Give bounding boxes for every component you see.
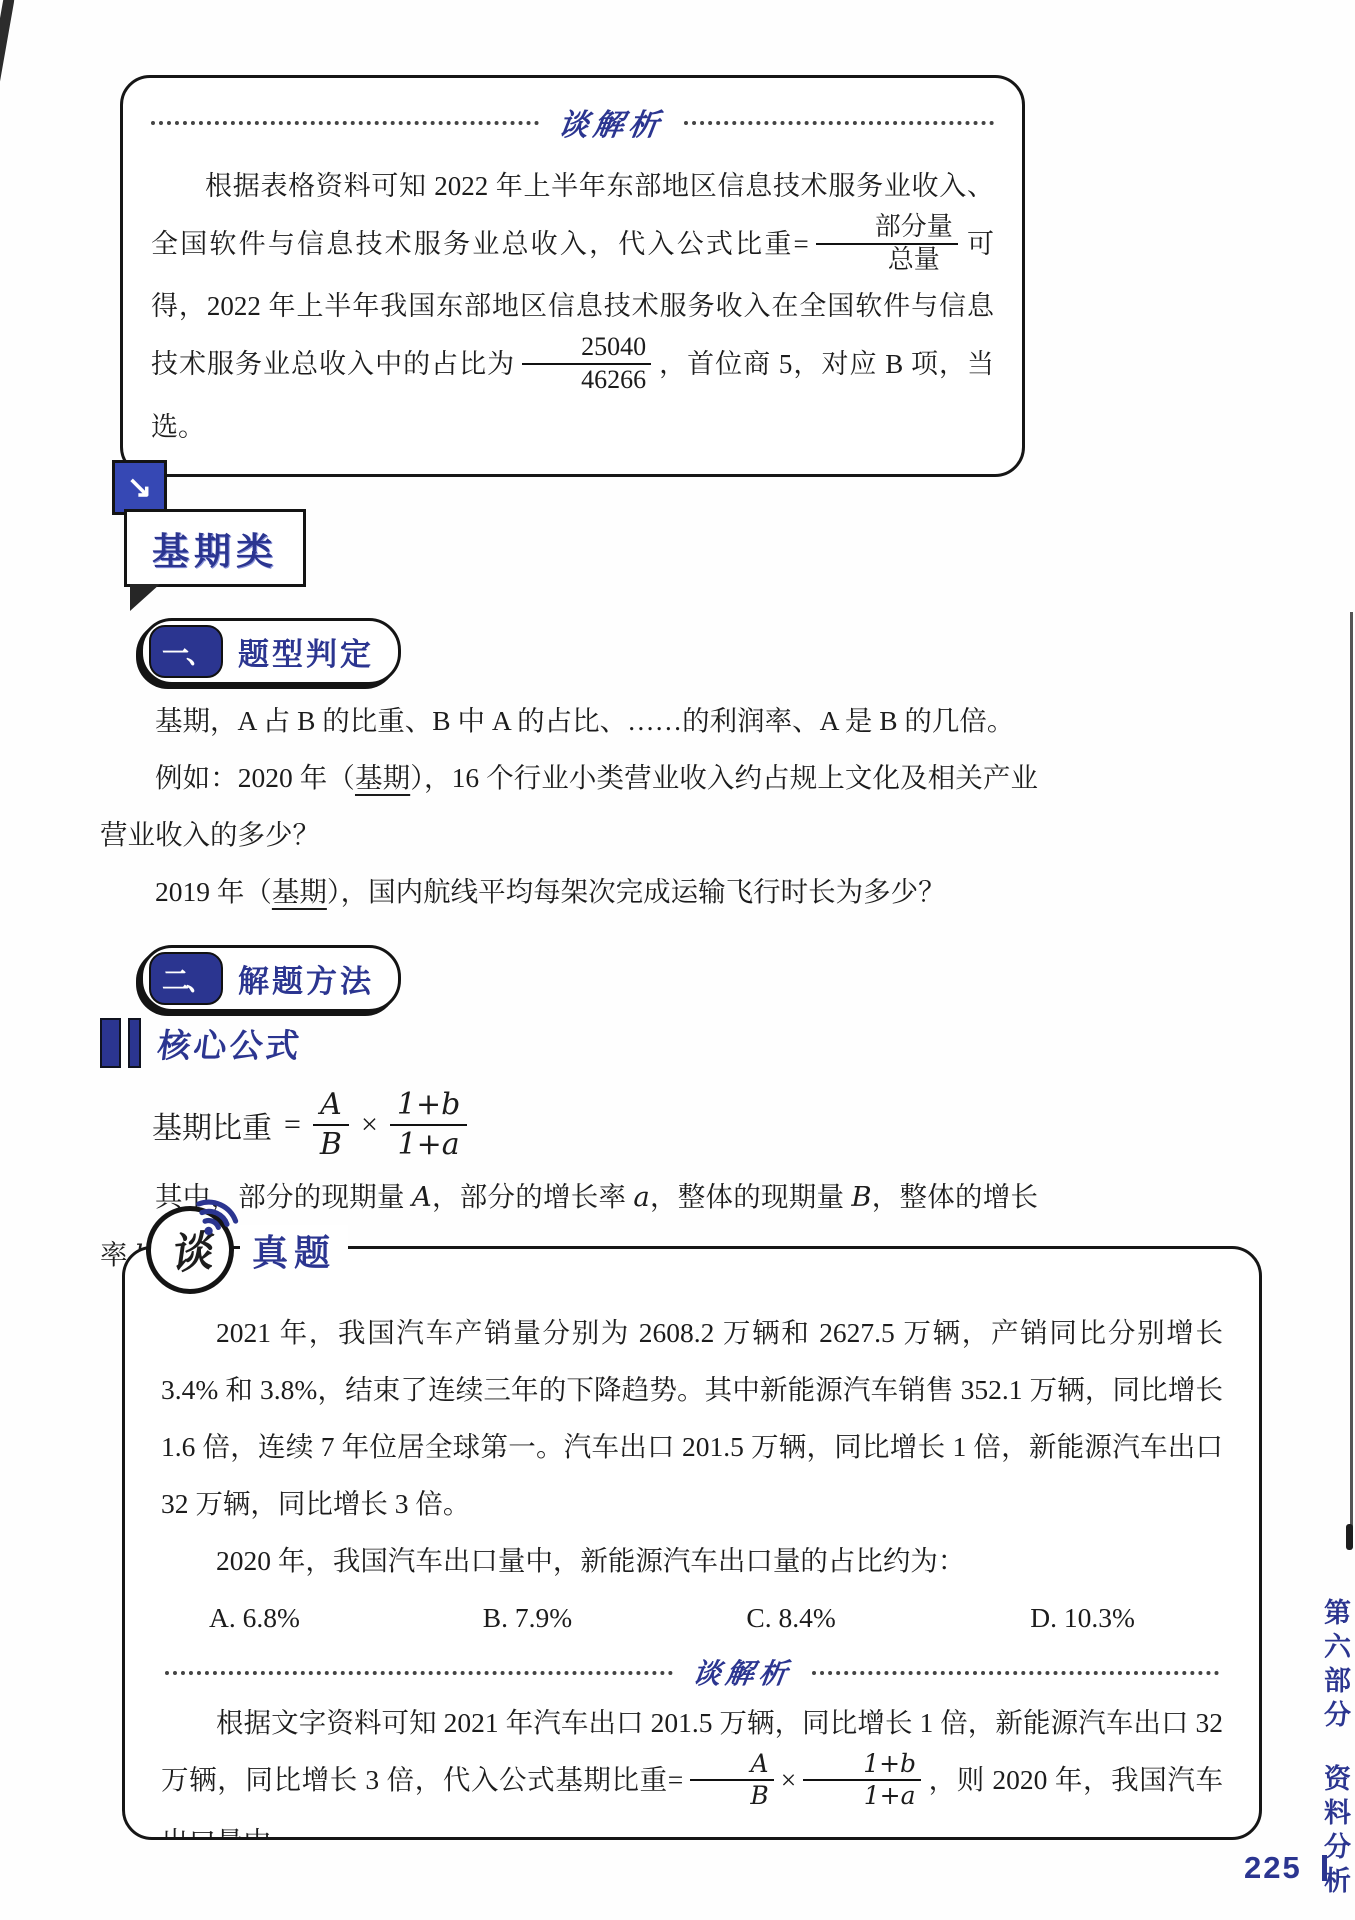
core-formula-heading: 核心公式 — [100, 1018, 302, 1068]
example-text: 2019 年（ — [155, 876, 272, 907]
solution-divider: 谈解析 — [165, 1652, 1219, 1692]
page-number-bar — [1322, 1855, 1327, 1881]
dotted-divider-left — [151, 121, 539, 125]
variable-B: B — [851, 1181, 871, 1213]
page-number: 225 — [1244, 1850, 1327, 1886]
fraction-25040-46266: 2504046266 — [522, 332, 651, 395]
arrow-glyph: ↘ — [127, 470, 152, 505]
solution-divider-label: 谈解析 — [691, 1652, 796, 1692]
textbook-page: 谈解析 根据表格资料可知 2022 年上半年东部地区信息技术服务业收入、全国软件… — [0, 0, 1355, 1920]
example-2020-paragraph: 例如：2020 年（基期），16 个行业小类营业收入约占规上文化及相关产业营业收… — [100, 749, 1038, 863]
fraction-growth: 1+b1+a — [390, 1086, 467, 1163]
exam-solution-paragraph: 根据文字资料可知 2021 年汽车出口 201.5 万辆，同比增长 1 倍，新能… — [161, 1694, 1223, 1840]
solution-formula-lhs: 基期比重 — [555, 1764, 667, 1795]
definition-paragraph: 基期，A 占 B 的比重、B 中 A 的占比、……的利润率、A 是 B 的几倍。 — [100, 692, 1038, 749]
fraction-denominator: 46266 — [522, 365, 651, 396]
dotted-divider-left — [165, 1671, 673, 1675]
analysis-header-text: 谈解析 — [556, 109, 666, 142]
fraction-part-over-total: 部分量总量 — [816, 212, 958, 275]
option-a: A. 6.8% — [209, 1589, 483, 1646]
analysis-header: 谈解析 — [151, 100, 994, 144]
arrow-down-right-icon: ↘ — [112, 460, 167, 515]
formula-lhs: 基期比重 — [152, 1103, 272, 1147]
scan-artifact-page-edge — [1350, 612, 1353, 1547]
section-number: 一、 — [149, 625, 223, 678]
dotted-divider-right — [684, 121, 994, 125]
answer-options: A. 6.8% B. 7.9% C. 8.4% D. 10.3% — [161, 1589, 1223, 1646]
exam-content: 2021 年，我国汽车产销量分别为 2608.2 万辆和 2627.5 万辆，产… — [125, 1249, 1259, 1840]
equals-sign: = — [284, 1108, 301, 1142]
section-title: 题型判定 — [238, 629, 374, 674]
core-formula-title: 核心公式 — [155, 1020, 305, 1067]
underlined-term: 基期 — [355, 762, 410, 793]
fraction-a-over-b: AB — [313, 1086, 349, 1163]
section1-body: 基期，A 占 B 的比重、B 中 A 的占比、……的利润率、A 是 B 的几倍。… — [100, 692, 1038, 920]
fraction-numerator: 部分量 — [816, 212, 958, 245]
option-d: D. 10.3% — [1030, 1589, 1223, 1646]
base-period-formula: 基期比重 = AB × 1+b1+a — [152, 1086, 467, 1163]
section-badge-solving-method: 二、 解题方法 — [140, 945, 401, 1012]
tan-circle-icon: 谈 — [142, 1202, 239, 1299]
note-text: ，部分的增长率 — [432, 1181, 634, 1212]
exam-box-title: 真题 — [240, 1225, 348, 1276]
fraction-numerator: 25040 — [522, 332, 651, 365]
analysis-header-label: 谈解析 — [556, 100, 667, 144]
variable-A: A — [412, 1181, 432, 1213]
page-number-value: 225 — [1244, 1850, 1302, 1886]
example-text: 例如：2020 年（ — [155, 762, 355, 793]
fraction-denominator: 总量 — [829, 245, 945, 276]
chapter-title: 基期类 — [124, 509, 306, 587]
solution-divider-text: 谈解析 — [691, 1659, 794, 1690]
sidebar-part: 第六部分 — [1320, 1598, 1350, 1734]
exam-box-header: 谈 真题 — [146, 1206, 348, 1294]
double-bar-icon — [100, 1018, 141, 1068]
variable-a: a — [633, 1181, 649, 1213]
example-text: ），国内航线平均每架次完成运输飞行时长为多少？ — [327, 876, 946, 907]
exam-stimulus-paragraph: 2021 年，我国汽车产销量分别为 2608.2 万辆和 2627.5 万辆，产… — [161, 1304, 1223, 1532]
section-number: 二、 — [149, 952, 223, 1005]
analysis-paragraph: 根据表格资料可知 2022 年上半年东部地区信息技术服务业收入、全国软件与信息技… — [151, 158, 994, 456]
option-b: B. 7.9% — [483, 1589, 747, 1646]
scan-artifact-corner — [0, 0, 16, 106]
banner-tail — [130, 584, 160, 611]
note-text: ，整体的现期量 — [650, 1181, 852, 1212]
section-badge-question-type: 一、 题型判定 — [140, 618, 401, 685]
times-sign: × — [361, 1108, 378, 1142]
fraction-a-over-b: AB — [690, 1749, 773, 1810]
fraction-growth: 1+b1+a — [803, 1749, 921, 1810]
section-title: 解题方法 — [238, 956, 374, 1001]
scan-artifact-blob — [1346, 1524, 1353, 1550]
exam-question-box: 2021 年，我国汽车产销量分别为 2608.2 万辆和 2627.5 万辆，产… — [122, 1246, 1262, 1840]
option-c: C. 8.4% — [746, 1589, 1030, 1646]
underlined-term: 基期 — [272, 876, 327, 907]
exam-question: 2020 年，我国汽车出口量中，新能源汽车出口量的占比约为： — [161, 1532, 1223, 1589]
dotted-divider-right — [812, 1671, 1219, 1675]
analysis-box-top: 谈解析 根据表格资料可知 2022 年上半年东部地区信息技术服务业收入、全国软件… — [120, 75, 1025, 477]
equals-sign: = — [668, 1764, 684, 1795]
example-2019-paragraph: 2019 年（基期），国内航线平均每架次完成运输飞行时长为多少？ — [100, 863, 1038, 920]
times-sign: × — [781, 1764, 797, 1795]
